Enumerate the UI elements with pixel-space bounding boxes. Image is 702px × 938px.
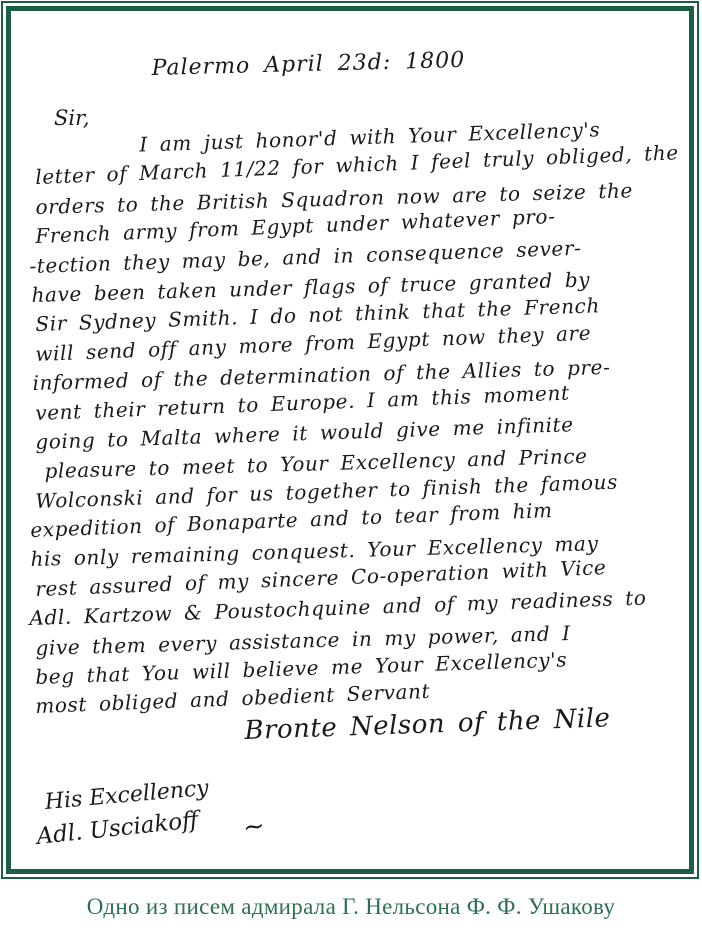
caption: Одно из писем адмирала Г. Нельсона Ф. Ф.… <box>0 894 702 920</box>
letter-dateline: Palermo April 23d: 1800 <box>151 48 465 81</box>
letter-body: I am just honor'd with Your Excellency's… <box>36 136 686 724</box>
letter-scan: Palermo April 23d: 1800 Sir, I am just h… <box>0 0 702 880</box>
page: Palermo April 23d: 1800 Sir, I am just h… <box>0 0 702 938</box>
letter-flourish-mark: ~ <box>241 811 267 844</box>
letter-salutation: Sir, <box>54 106 90 130</box>
